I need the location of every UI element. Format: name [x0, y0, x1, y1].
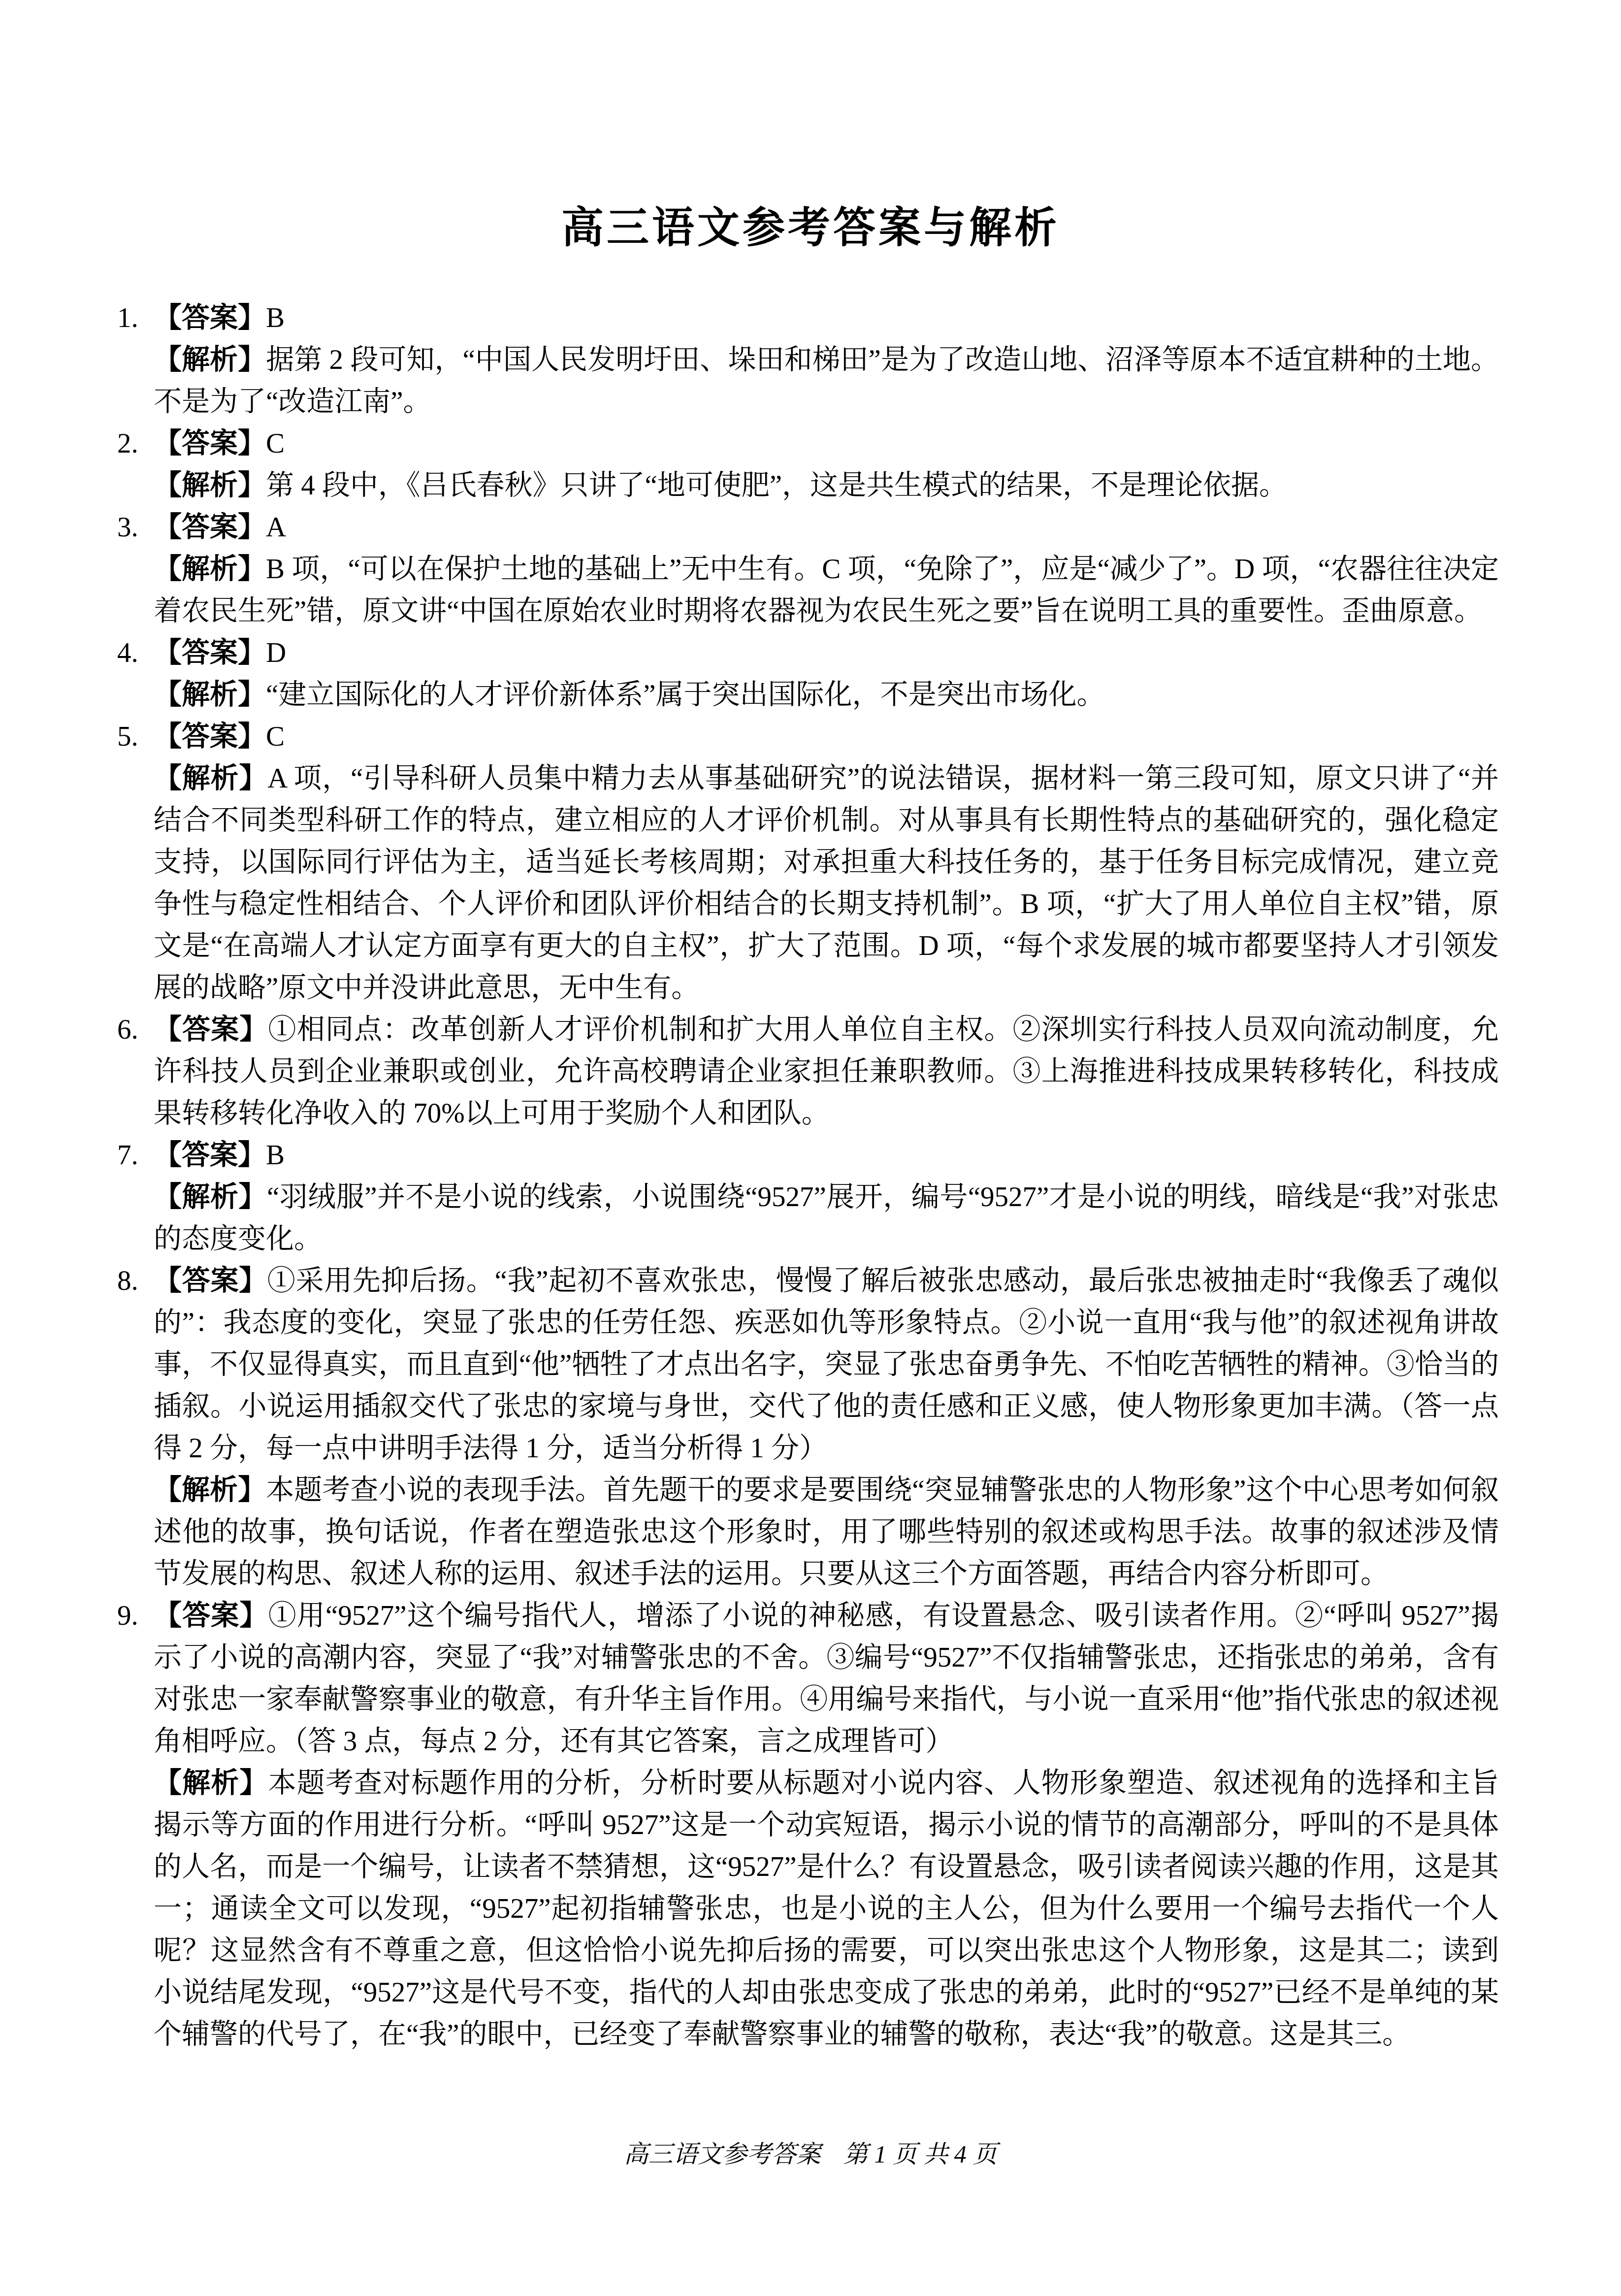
analysis-text: A 项，“引导科研人员集中精力去从事基础研究”的说法错误，据材料一第三段可知，原…: [154, 763, 1499, 1003]
answer-key-page: 高三语文参考答案与解析 1. 【答案】B 【解析】据第 2 段可知，“中国人民发…: [0, 0, 1621, 2296]
answer-item-8: 8. 【答案】①采用先抑后扬。“我”起初不喜欢张忠，慢慢了解后被张忠感动，最后张…: [117, 1260, 1499, 1595]
analysis-text: 本题考查小说的表现手法。首先题干的要求是要围绕“突显辅警张忠的人物形象”这个中心…: [154, 1475, 1499, 1589]
answer-line: 【答案】D: [154, 632, 1499, 674]
answer-marker: 【答案】: [154, 1600, 268, 1631]
page-footer: 高三语文参考答案第 1 页 共 4 页: [0, 2139, 1621, 2169]
analysis-marker: 【解析】: [154, 763, 267, 794]
answer-item-2: 2. 【答案】C 【解析】第 4 段中，《吕氏春秋》只讲了“地可使肥”，这是共生…: [117, 423, 1499, 506]
item-number: 8.: [117, 1260, 154, 1302]
answer-line: 【答案】A: [154, 506, 1499, 548]
analysis-text: B 项，“可以在保护土地的基础上”无中生有。C 项，“免除了”，应是“减少了”。…: [154, 554, 1499, 626]
answer-marker: 【答案】: [154, 721, 266, 752]
answer-text: A: [266, 512, 286, 543]
answer-line: 【答案】①用“9527”这个编号指代人，增添了小说的神秘感，有设置悬念、吸引读者…: [154, 1595, 1499, 1762]
analysis-line: 【解析】“羽绒服”并不是小说的线索，小说围绕“9527”展开，编号“9527”才…: [154, 1176, 1499, 1260]
answer-text: ①相同点：改革创新人才评价机制和扩大用人单位自主权。②深圳实行科技人员双向流动制…: [154, 1014, 1499, 1129]
analysis-line: 【解析】B 项，“可以在保护土地的基础上”无中生有。C 项，“免除了”，应是“减…: [154, 548, 1499, 632]
answer-line: 【答案】①相同点：改革创新人才评价机制和扩大用人单位自主权。②深圳实行科技人员双…: [154, 1009, 1499, 1134]
answer-item-1: 1. 【答案】B 【解析】据第 2 段可知，“中国人民发明圩田、垛田和梯田”是为…: [117, 297, 1499, 423]
page-title: 高三语文参考答案与解析: [0, 0, 1621, 254]
analysis-line: 【解析】A 项，“引导科研人员集中精力去从事基础研究”的说法错误，据材料一第三段…: [154, 757, 1499, 1009]
analysis-text: “羽绒服”并不是小说的线索，小说围绕“9527”展开，编号“9527”才是小说的…: [154, 1181, 1499, 1254]
analysis-marker: 【解析】: [154, 470, 266, 501]
analysis-text: 据第 2 段可知，“中国人民发明圩田、垛田和梯田”是为了改造山地、沼泽等原本不适…: [154, 344, 1499, 417]
analysis-line: 【解析】本题考查对标题作用的分析，分析时要从标题对小说内容、人物形象塑造、叙述视…: [154, 1762, 1499, 2055]
item-number: 7.: [117, 1134, 154, 1176]
answer-marker: 【答案】: [154, 637, 266, 668]
item-content: 【答案】①用“9527”这个编号指代人，增添了小说的神秘感，有设置悬念、吸引读者…: [154, 1595, 1499, 2055]
analysis-marker: 【解析】: [154, 554, 266, 585]
answer-text: D: [266, 637, 286, 668]
analysis-marker: 【解析】: [154, 1475, 266, 1506]
analysis-marker: 【解析】: [154, 679, 266, 710]
answer-item-5: 5. 【答案】C 【解析】A 项，“引导科研人员集中精力去从事基础研究”的说法错…: [117, 716, 1499, 1009]
analysis-text: 本题考查对标题作用的分析，分析时要从标题对小说内容、人物形象塑造、叙述视角的选择…: [154, 1768, 1499, 2050]
answer-line: 【答案】①采用先抑后扬。“我”起初不喜欢张忠，慢慢了解后被张忠感动，最后张忠被抽…: [154, 1260, 1499, 1469]
analysis-marker: 【解析】: [154, 344, 266, 375]
answer-item-7: 7. 【答案】B 【解析】“羽绒服”并不是小说的线索，小说围绕“9527”展开，…: [117, 1134, 1499, 1260]
analysis-line: 【解析】第 4 段中，《吕氏春秋》只讲了“地可使肥”，这是共生模式的结果，不是理…: [154, 464, 1499, 506]
item-number: 2.: [117, 423, 154, 464]
answer-items-list: 1. 【答案】B 【解析】据第 2 段可知，“中国人民发明圩田、垛田和梯田”是为…: [117, 297, 1499, 2055]
answer-marker: 【答案】: [154, 1014, 268, 1045]
answer-line: 【答案】C: [154, 716, 1499, 757]
answer-item-6: 6. 【答案】①相同点：改革创新人才评价机制和扩大用人单位自主权。②深圳实行科技…: [117, 1009, 1499, 1134]
footer-doc-label: 高三语文参考答案: [624, 2140, 821, 2168]
analysis-text: “建立国际化的人才评价新体系”属于突出国际化，不是突出市场化。: [266, 679, 1105, 710]
item-content: 【答案】C 【解析】第 4 段中，《吕氏春秋》只讲了“地可使肥”，这是共生模式的…: [154, 423, 1499, 506]
answer-item-9: 9. 【答案】①用“9527”这个编号指代人，增添了小说的神秘感，有设置悬念、吸…: [117, 1595, 1499, 2055]
answer-line: 【答案】B: [154, 1134, 1499, 1176]
item-content: 【答案】①相同点：改革创新人才评价机制和扩大用人单位自主权。②深圳实行科技人员双…: [154, 1009, 1499, 1134]
answer-line: 【答案】B: [154, 297, 1499, 339]
item-content: 【答案】B 【解析】据第 2 段可知，“中国人民发明圩田、垛田和梯田”是为了改造…: [154, 297, 1499, 423]
answer-text: B: [266, 1140, 285, 1171]
answer-line: 【答案】C: [154, 423, 1499, 464]
item-number: 3.: [117, 506, 154, 548]
answer-text: B: [266, 302, 285, 333]
analysis-line: 【解析】“建立国际化的人才评价新体系”属于突出国际化，不是突出市场化。: [154, 674, 1499, 716]
answer-item-3: 3. 【答案】A 【解析】B 项，“可以在保护土地的基础上”无中生有。C 项，“…: [117, 506, 1499, 632]
answer-marker: 【答案】: [154, 512, 266, 543]
item-content: 【答案】D 【解析】“建立国际化的人才评价新体系”属于突出国际化，不是突出市场化…: [154, 632, 1499, 716]
answer-marker: 【答案】: [154, 1140, 266, 1171]
answer-marker: 【答案】: [154, 1265, 267, 1296]
item-number: 9.: [117, 1595, 154, 1637]
answer-marker: 【答案】: [154, 428, 266, 459]
analysis-text: 第 4 段中，《吕氏春秋》只讲了“地可使肥”，这是共生模式的结果，不是理论依据。: [266, 470, 1287, 501]
analysis-marker: 【解析】: [154, 1768, 268, 1799]
item-content: 【答案】C 【解析】A 项，“引导科研人员集中精力去从事基础研究”的说法错误，据…: [154, 716, 1499, 1009]
item-number: 5.: [117, 716, 154, 757]
item-number: 4.: [117, 632, 154, 674]
analysis-line: 【解析】据第 2 段可知，“中国人民发明圩田、垛田和梯田”是为了改造山地、沼泽等…: [154, 339, 1499, 423]
item-content: 【答案】①采用先抑后扬。“我”起初不喜欢张忠，慢慢了解后被张忠感动，最后张忠被抽…: [154, 1260, 1499, 1595]
item-number: 1.: [117, 297, 154, 339]
analysis-marker: 【解析】: [154, 1181, 267, 1213]
item-content: 【答案】A 【解析】B 项，“可以在保护土地的基础上”无中生有。C 项，“免除了…: [154, 506, 1499, 632]
item-number: 6.: [117, 1009, 154, 1050]
answer-text: C: [266, 428, 285, 459]
answer-text: ①采用先抑后扬。“我”起初不喜欢张忠，慢慢了解后被张忠感动，最后张忠被抽走时“我…: [154, 1265, 1499, 1464]
analysis-line: 【解析】本题考查小说的表现手法。首先题干的要求是要围绕“突显辅警张忠的人物形象”…: [154, 1469, 1499, 1595]
answer-item-4: 4. 【答案】D 【解析】“建立国际化的人才评价新体系”属于突出国际化，不是突出…: [117, 632, 1499, 716]
answer-text: ①用“9527”这个编号指代人，增添了小说的神秘感，有设置悬念、吸引读者作用。②…: [154, 1600, 1499, 1757]
footer-page-info: 第 1 页 共 4 页: [843, 2140, 998, 2168]
answer-text: C: [266, 721, 285, 752]
answer-marker: 【答案】: [154, 302, 266, 333]
item-content: 【答案】B 【解析】“羽绒服”并不是小说的线索，小说围绕“9527”展开，编号“…: [154, 1134, 1499, 1260]
